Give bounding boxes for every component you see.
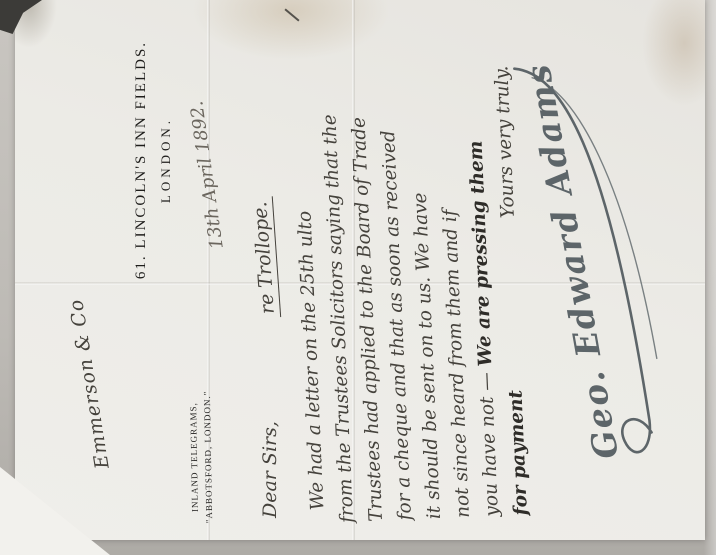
- body-line8-bold: for payment: [501, 389, 535, 516]
- addressee-annotation: Emmerson & Co: [54, 230, 113, 470]
- letterhead-street-address: 61. LINCOLN'S INN FIELDS.: [133, 5, 150, 315]
- scan-edge-highlight: [704, 0, 716, 555]
- letterhead-address-block: 61. LINCOLN'S INN FIELDS. LONDON.: [133, 5, 174, 315]
- reference-line: re Trollope.: [249, 197, 281, 319]
- salutation-row: Dear Sirs, re Trollope.: [253, 18, 283, 518]
- body-line7-normal: you have not —: [475, 366, 503, 517]
- scanned-letter-canvas: Emmerson & Co 61. LINCOLN'S INN FIELDS. …: [0, 0, 716, 555]
- letter-page: Emmerson & Co 61. LINCOLN'S INN FIELDS. …: [15, 0, 705, 540]
- letter-body: We had a letter on the 25th ulto from th…: [282, 10, 536, 525]
- letterhead-telegrams-block: INLAND TELEGRAMS, "ABBOTSFORD, LONDON.": [186, 382, 217, 532]
- letter-date: 13th April 1892.: [179, 50, 228, 251]
- letterhead-city: LONDON.: [158, 5, 174, 315]
- salutation: Dear Sirs,: [259, 421, 281, 518]
- telegraphic-address: "ABBOTSFORD, LONDON.": [200, 382, 217, 532]
